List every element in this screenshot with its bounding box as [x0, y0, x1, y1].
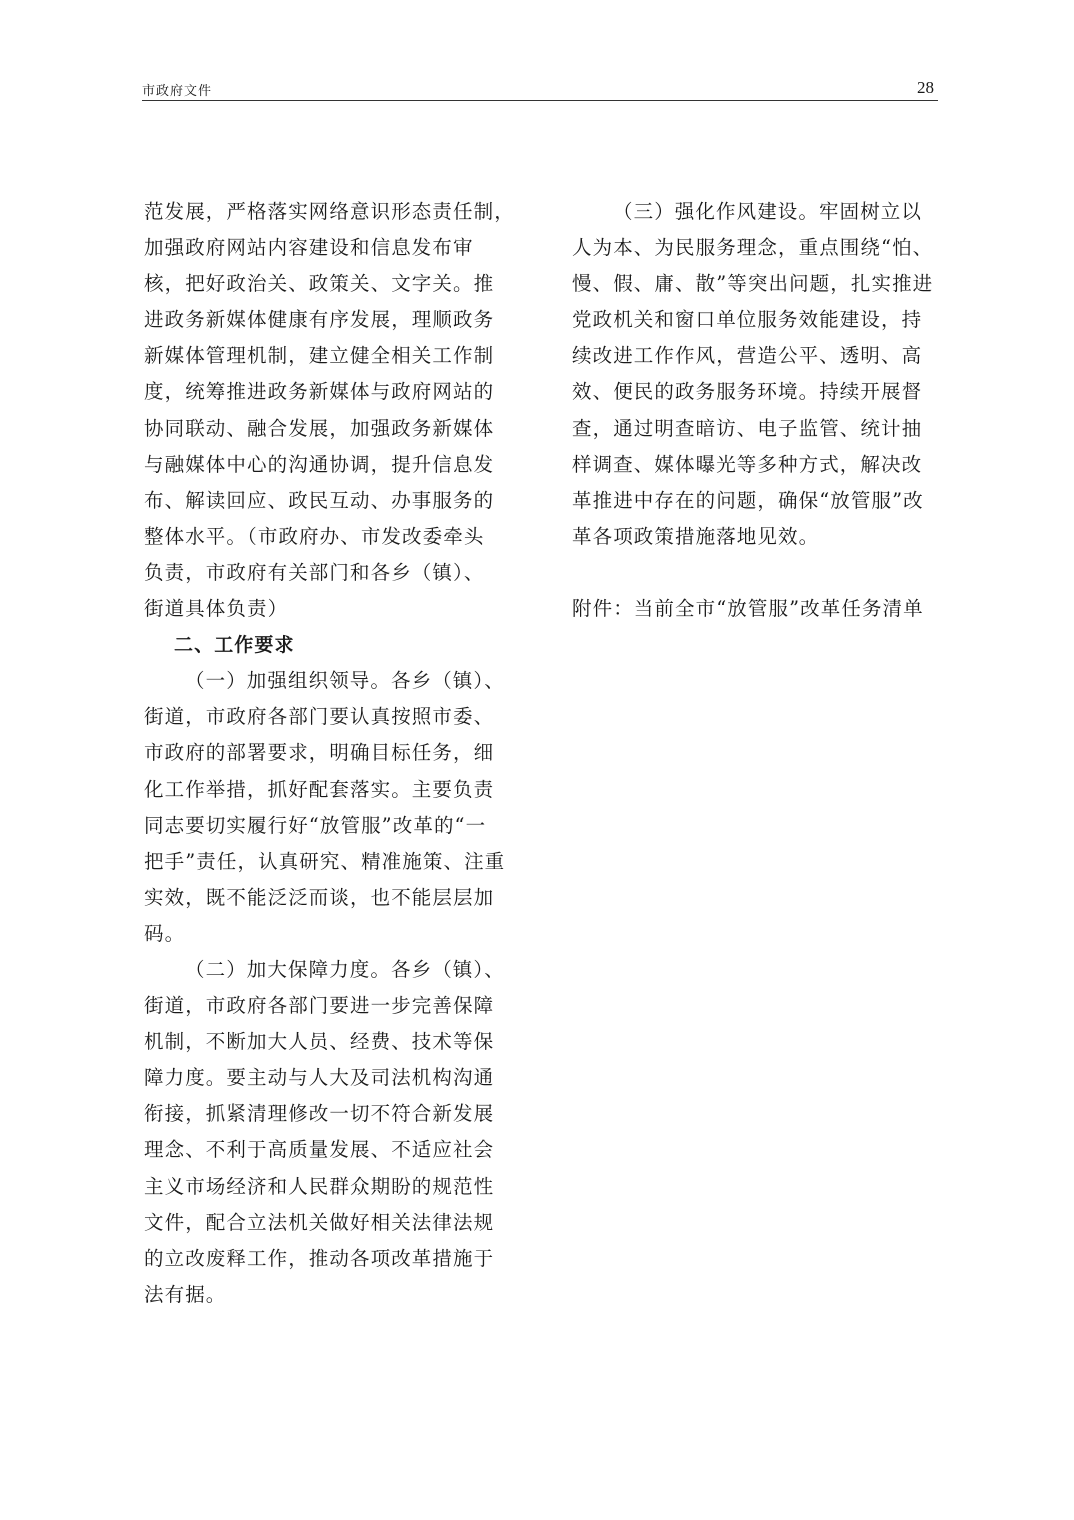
body-line: 协同联动、融合发展，加强政务新媒体: [144, 411, 516, 447]
body-line: 街道，市政府各部门要进一步完善保障: [144, 988, 516, 1024]
body-line: 化工作举措，抓好配套落实。主要负责: [144, 772, 516, 808]
body-line: 负责，市政府有关部门和各乡（镇）、: [144, 555, 516, 591]
item3-heading-line: （三）强化作风建设。牢固树立以: [572, 194, 944, 230]
item2-heading-line: （二）加大保障力度。各乡（镇）、: [144, 952, 516, 988]
body-line: 效、便民的政务服务环境。持续开展督: [572, 374, 944, 410]
document-source-title: 市政府文件: [142, 80, 212, 99]
body-line: 革推进中存在的问题，确保“放管服”改: [572, 483, 944, 519]
body-line: 与融媒体中心的沟通协调，提升信息发: [144, 447, 516, 483]
body-line: 把手”责任，认真研究、精准施策、注重: [144, 844, 516, 880]
body-line: 布、解读回应、政民互动、办事服务的: [144, 483, 516, 519]
body-line: 码。: [144, 916, 516, 952]
body-line: 党政机关和窗口单位服务效能建设，持: [572, 302, 944, 338]
body-line: 衔接，抓紧清理修改一切不符合新发展: [144, 1096, 516, 1132]
body-line: 实效，既不能泛泛而谈，也不能层层加: [144, 880, 516, 916]
body-line: 人为本、为民服务理念，重点围绕“怕、: [572, 230, 944, 266]
body-line: 进政务新媒体健康有序发展，理顺政务: [144, 302, 516, 338]
body-line: 核，把好政治关、政策关、文字关。推: [144, 266, 516, 302]
body-line: 新媒体管理机制，建立健全相关工作制: [144, 338, 516, 374]
body-line: 查，通过明查暗访、电子监管、统计抽: [572, 411, 944, 447]
body-line: 度，统筹推进政务新媒体与政府网站的: [144, 374, 516, 410]
body-line: 的立改废释工作，推动各项改革措施于: [144, 1241, 516, 1277]
body-line: 同志要切实履行好“放管服”改革的“一: [144, 808, 516, 844]
body-line: 范发展，严格落实网络意识形态责任制，: [144, 194, 516, 230]
body-line: 障力度。要主动与人大及司法机构沟通: [144, 1060, 516, 1096]
body-line: 主义市场经济和人民群众期盼的规范性: [144, 1169, 516, 1205]
body-line: 文件，配合立法机关做好相关法律法规: [144, 1205, 516, 1241]
page-number: 28: [917, 78, 934, 98]
body-line: 街道具体负责）: [144, 591, 516, 627]
body-line: 慢、假、庸、散”等突出问题，扎实推进: [572, 266, 944, 302]
body-line: 续改进工作作风，营造公平、透明、高: [572, 338, 944, 374]
body-line: 街道，市政府各部门要认真按照市委、: [144, 699, 516, 735]
body-line: 法有据。: [144, 1277, 516, 1313]
body-line: 革各项政策措施落地见效。: [572, 519, 944, 555]
section-heading: 二、工作要求: [144, 627, 516, 663]
body-line: 机制，不断加大人员、经费、技术等保: [144, 1024, 516, 1060]
attachment-line: 附件：当前全市“放管服”改革任务清单: [572, 591, 944, 627]
page-header: 市政府文件 28: [142, 78, 938, 101]
body-line: 整体水平。（市政府办、市发改委牵头: [144, 519, 516, 555]
spacer: [572, 555, 944, 591]
body-line: 理念、不利于高质量发展、不适应社会: [144, 1132, 516, 1168]
left-column: 范发展，严格落实网络意识形态责任制， 加强政府网站内容建设和信息发布审 核，把好…: [144, 194, 516, 1313]
right-column: （三）强化作风建设。牢固树立以 人为本、为民服务理念，重点围绕“怕、 慢、假、庸…: [572, 194, 944, 627]
item1-heading-line: （一）加强组织领导。各乡（镇）、: [144, 663, 516, 699]
body-line: 市政府的部署要求，明确目标任务，细: [144, 735, 516, 771]
body-line: 加强政府网站内容建设和信息发布审: [144, 230, 516, 266]
body-line: 样调查、媒体曝光等多种方式，解决改: [572, 447, 944, 483]
